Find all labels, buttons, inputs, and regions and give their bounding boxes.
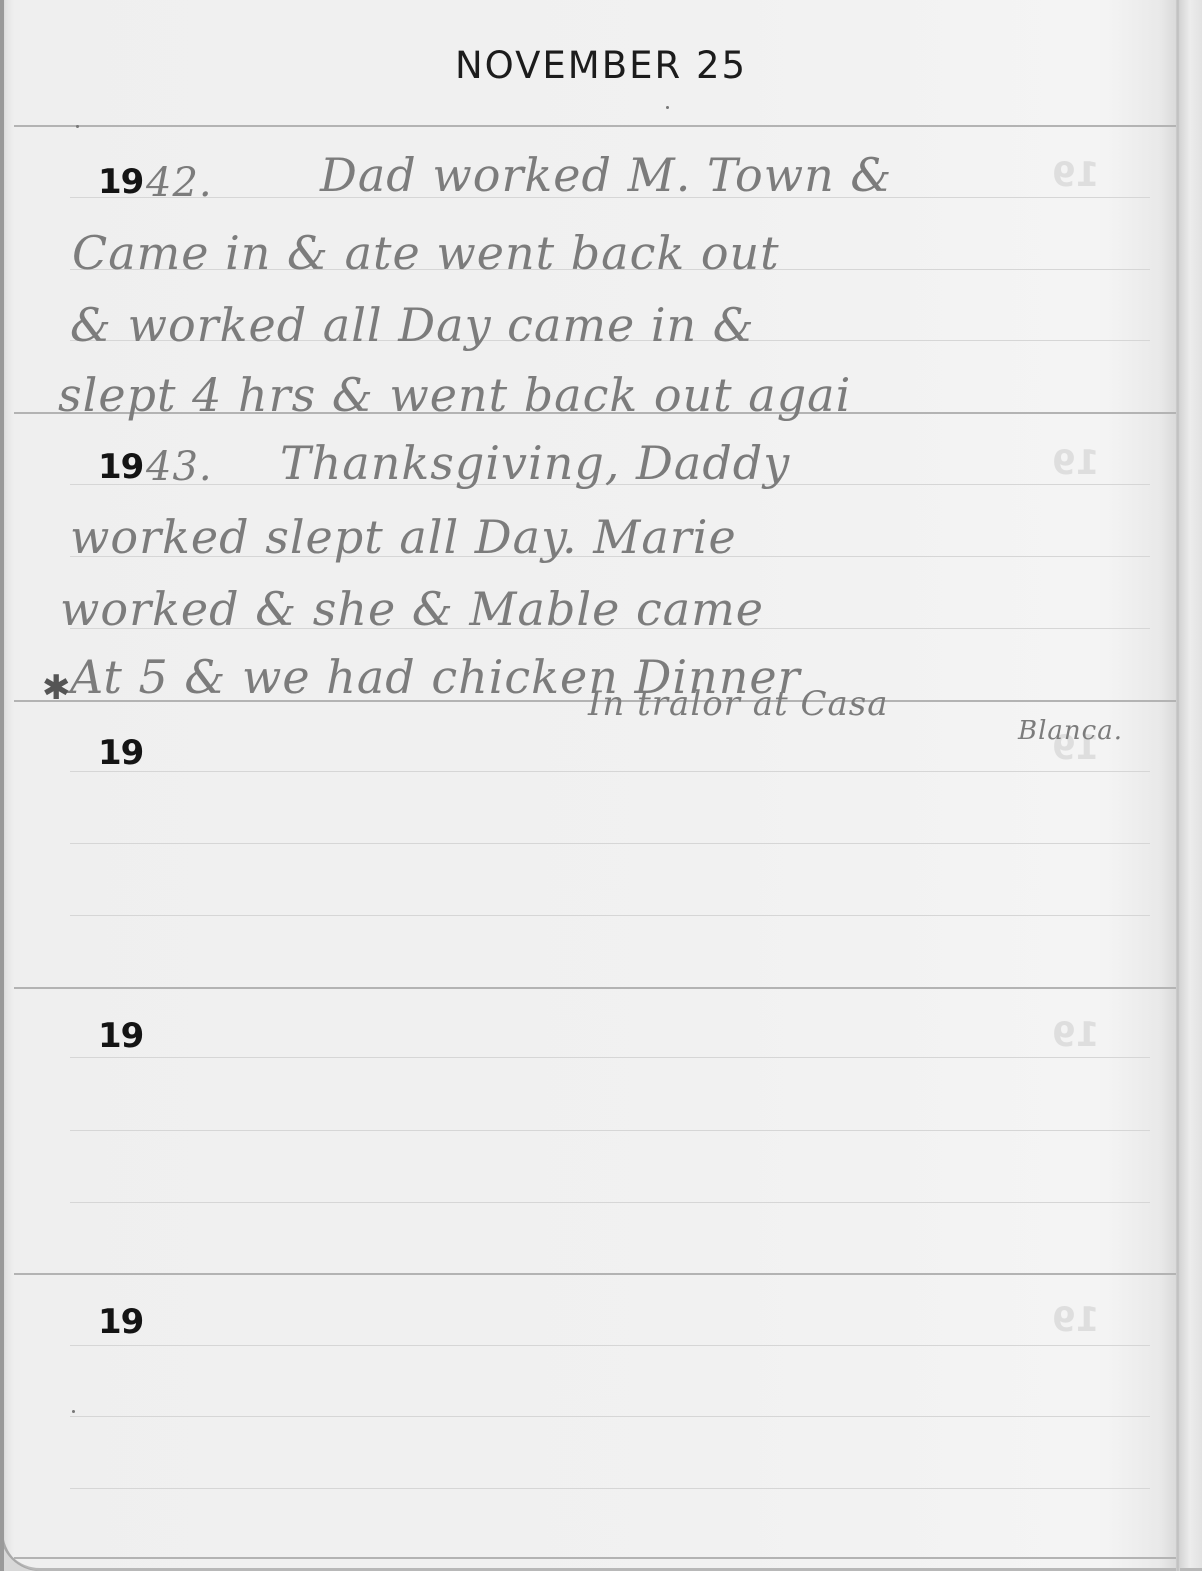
printed-year: 19 [98,1302,143,1342]
section-divider [14,1557,1176,1559]
page-spine-edge [0,0,4,1571]
paper-speck [666,106,669,109]
bleed-through-year: 19 [1052,1300,1099,1340]
paper-speck [76,125,79,128]
ruled-line [70,1488,1150,1489]
paper-speck [72,1410,75,1413]
printed-year: 19 [98,447,143,487]
bleed-through-year: 19 [1052,155,1099,195]
section-divider [14,987,1176,989]
printed-year: 19 [98,733,143,773]
printed-year: 19 [98,1016,143,1056]
printed-year: 19 [98,162,143,202]
handwritten-line: worked slept all Day. Marie [70,510,737,564]
ruled-line [70,771,1150,772]
handwritten-line: slept 4 hrs & went back out agai [58,368,851,422]
margin-star-mark: ✱ [42,668,71,708]
handwritten-line: Came in & ate went back out [72,226,780,280]
ruled-line [70,1130,1150,1131]
section-divider [14,125,1176,127]
handwritten-annotation: In tralor at Casa [588,684,888,724]
handwritten-annotation: Blanca. [1018,716,1123,746]
page-right-edge [1176,0,1180,1571]
bleed-through-year: 19 [1052,1015,1099,1055]
ruled-line [70,1202,1150,1203]
ruled-line [70,843,1150,844]
ruled-line [70,1057,1150,1058]
ruled-line [70,1345,1150,1346]
section-divider [14,1273,1176,1275]
handwritten-line: worked & she & Mable came [60,582,764,636]
bleed-through-year: 19 [1052,443,1099,483]
handwritten-line: Thanksgiving, Daddy [280,436,790,490]
ruled-line [70,1416,1150,1417]
handwritten-line: Dad worked M. Town & [320,148,892,202]
page-date-header: NOVEMBER 25 [0,44,1202,87]
diary-page: NOVEMBER 25 19 19 19 19 19 19 42. Dad wo… [0,0,1202,1571]
handwritten-line: & worked all Day came in & [70,298,755,352]
ruled-line [70,915,1150,916]
handwritten-year-suffix: 42. [146,160,213,206]
handwritten-year-suffix: 43. [146,444,213,490]
